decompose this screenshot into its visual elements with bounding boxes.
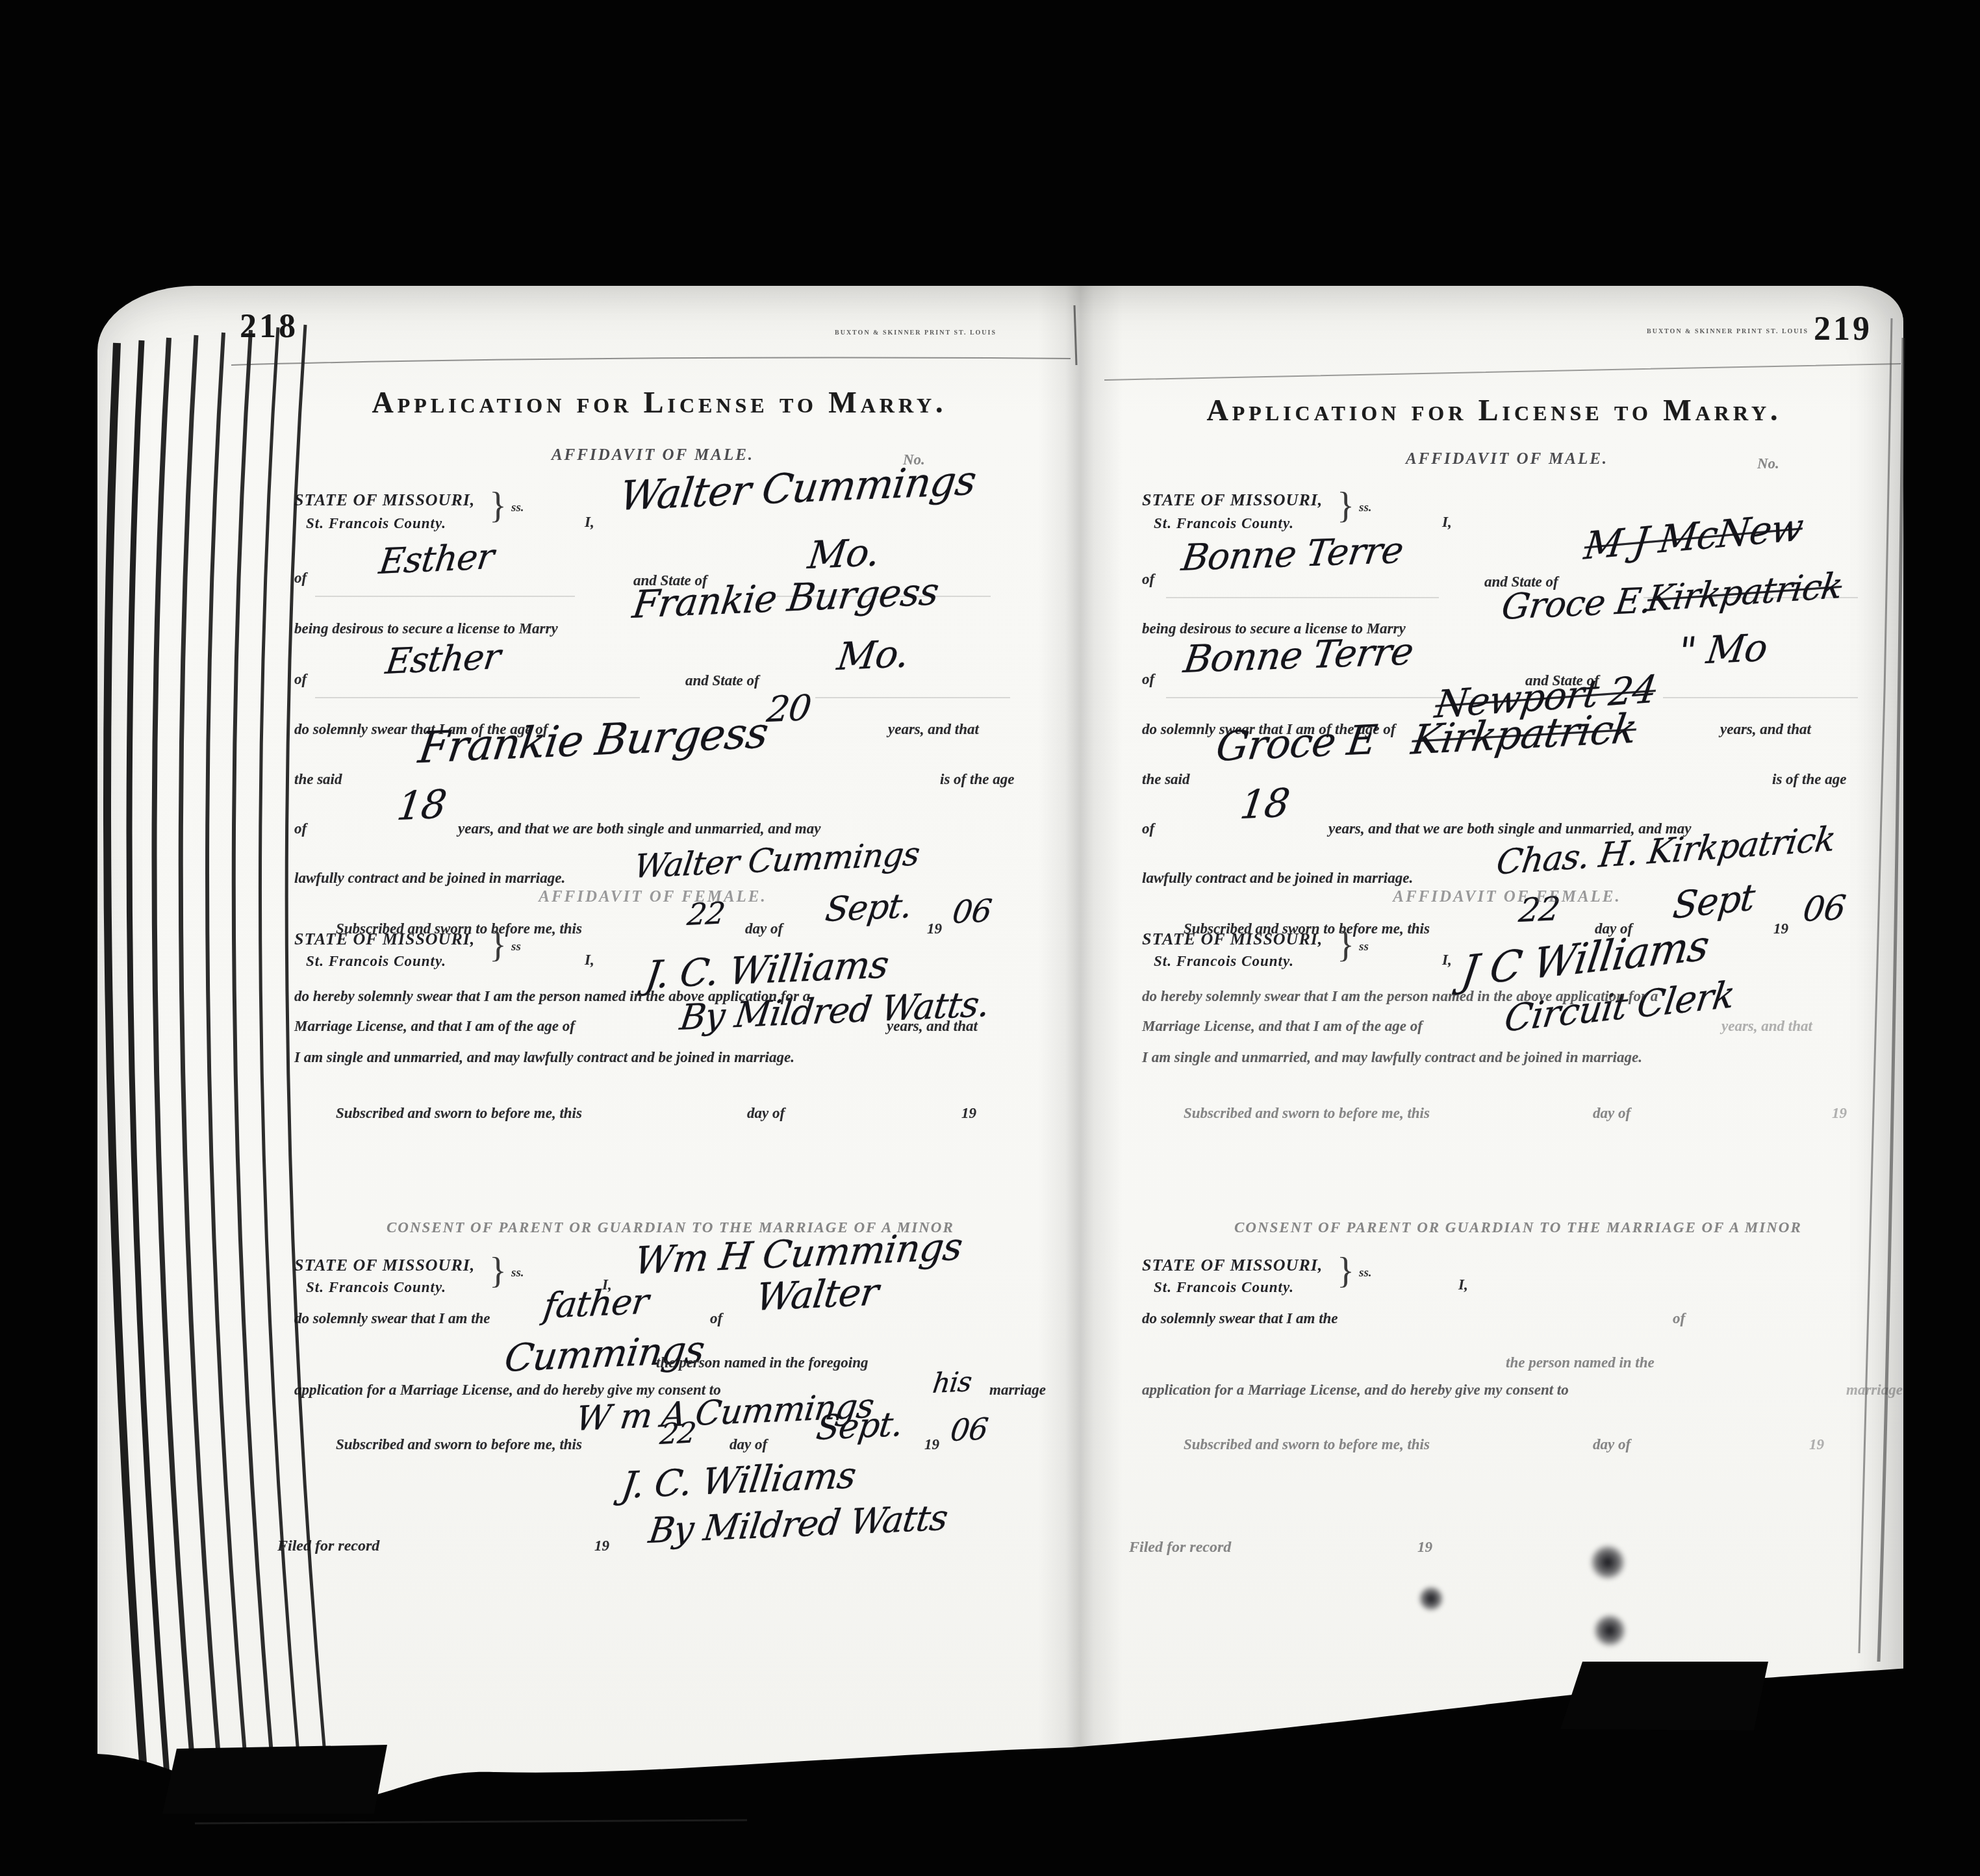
right-page: BUXTON & SKINNER PRINT ST. LOUIS 219 App… [1104, 296, 1910, 1744]
day-of-label: day of [1593, 1436, 1631, 1453]
years-and-that-label: years, and that [887, 1018, 978, 1035]
county-label: St. Francois County. [1154, 953, 1294, 970]
day-of-label: day of [747, 1105, 785, 1122]
county-label: St. Francois County. [1154, 515, 1294, 532]
subscribed-label: Subscribed and sworn to before me, this [1184, 1105, 1430, 1122]
page-title: Application for License to Marry. [1156, 393, 1832, 427]
i-label: I, [585, 514, 594, 531]
groom-residence-handwriting: Bonne Terre [1179, 529, 1406, 579]
said-name-handwriting: Frankie Burgess [416, 707, 771, 773]
state-label: STATE OF MISSOURI, [1142, 490, 1323, 510]
county-label: St. Francois County. [306, 953, 446, 970]
of-label: of [1142, 820, 1154, 837]
ink-blot [1418, 1586, 1444, 1612]
brace-glyph: } [1337, 488, 1354, 524]
state-label: STATE OF MISSOURI, [1142, 1256, 1323, 1275]
year-prefix-label: 19 [924, 1436, 939, 1453]
year-prefix-label: 19 [1832, 1105, 1847, 1122]
marriage-label: marriage [1846, 1382, 1903, 1399]
bride-age-handwriting: 18 [394, 781, 449, 830]
day-of-label: day of [730, 1436, 767, 1453]
said-name-handwriting: Groce E [1213, 716, 1379, 770]
day-handwriting: 22 [658, 1416, 698, 1451]
state-label: STATE OF MISSOURI, [294, 1256, 475, 1275]
years-and-that-label: years, and that [888, 721, 979, 738]
i-label: I, [585, 952, 594, 969]
pronoun-handwriting: his [931, 1365, 973, 1399]
female-swear-label: do hereby solemnly swear that I am the p… [294, 988, 810, 1005]
ink-blot [1593, 1614, 1627, 1647]
person-named-label: the person named in the [1506, 1354, 1655, 1371]
day-of-label: day of [1593, 1105, 1631, 1122]
female-single-label: I am single and unmarried, and may lawfu… [294, 1049, 794, 1066]
left-page: 218 BUXTON & SKINNER PRINT ST. LOUIS App… [231, 296, 1075, 1744]
single-unmarried-label: years, and that we are both single and u… [458, 820, 820, 837]
blank-line [315, 697, 640, 698]
groom-signature-handwriting: Walter Cummings [632, 835, 922, 885]
female-license-label: Marriage License, and that I am of the a… [1142, 1018, 1423, 1035]
year-prefix-label: 19 [1773, 920, 1788, 937]
ss-label: ss. [511, 1266, 524, 1280]
bride-name-struck-handwriting: Kirkpatrick [1645, 564, 1845, 620]
filed-year-label: 19 [1417, 1539, 1432, 1556]
minor-first-name-handwriting: Walter [754, 1269, 881, 1319]
blank-line [815, 697, 1010, 698]
brace-glyph: } [1337, 1253, 1354, 1289]
page-number: 218 [240, 307, 298, 346]
female-swear-label: do hereby solemnly swear that I am the p… [1142, 988, 1658, 1005]
printer-mark: BUXTON & SKINNER PRINT ST. LOUIS [835, 329, 996, 336]
deputy-signature-handwriting: By Mildred Watts [646, 1497, 950, 1551]
brace-glyph: } [1337, 927, 1354, 963]
bride-name-handwriting: Groce E. [1499, 580, 1654, 627]
blank-line [315, 596, 575, 597]
brace-glyph: } [489, 488, 507, 524]
state-label: STATE OF MISSOURI, [1142, 930, 1323, 949]
year-prefix-label: 19 [961, 1105, 976, 1122]
month-handwriting: Sept. [814, 1405, 905, 1448]
consent-swear-label: do solemnly swear that I am the [1142, 1310, 1338, 1327]
county-label: St. Francois County. [306, 515, 446, 532]
scanned-marriage-record-spread: 218 BUXTON & SKINNER PRINT ST. LOUIS App… [0, 0, 1980, 1876]
of-label: of [294, 820, 307, 837]
ss-label: ss [1359, 940, 1369, 954]
bride-residence-handwriting: Bonne Terre [1181, 629, 1416, 681]
female-single-label: I am single and unmarried, and may lawfu… [1142, 1049, 1642, 1066]
and-state-of-label: and State of [685, 672, 759, 689]
day-of-label: day of [745, 920, 783, 937]
groom-state-struck-handwriting: M J McNew [1582, 505, 1805, 568]
subscribed-label: Subscribed and sworn to before me, this [336, 1436, 582, 1453]
i-label: I, [1442, 952, 1452, 969]
year-handwriting: 06 [950, 893, 993, 931]
filed-year-label: 19 [594, 1538, 609, 1554]
the-said-label: the said [1142, 771, 1189, 788]
lawfully-label: lawfully contract and be joined in marri… [294, 870, 565, 887]
page-number: 219 [1814, 310, 1872, 348]
county-label: St. Francois County. [306, 1279, 446, 1296]
year-handwriting: 06 [948, 1411, 990, 1448]
is-of-age-label: is of the age [1772, 771, 1846, 788]
lawfully-label: lawfully contract and be joined in marri… [1142, 870, 1413, 887]
ss-label: ss. [1359, 1266, 1372, 1280]
no-label: No. [1757, 455, 1779, 472]
ss-label: ss [511, 940, 521, 954]
clerk-signature-handwriting: J. C. Williams [619, 1454, 858, 1507]
subscribed-label: Subscribed and sworn to before me, this [336, 1105, 582, 1122]
blank-line [1166, 697, 1478, 698]
groom-name-handwriting: Walter Cummings [617, 457, 978, 520]
of-label: of [1673, 1310, 1685, 1327]
groom-age-handwriting: 20 [765, 687, 813, 730]
blank-line [1663, 697, 1858, 698]
year-prefix-label: 19 [927, 920, 942, 937]
bride-age-handwriting: 18 [1237, 780, 1292, 828]
year-prefix-label: 19 [1809, 1436, 1824, 1453]
county-label: St. Francois County. [1154, 1279, 1294, 1296]
subscribed-label: Subscribed and sworn to before me, this [1184, 1436, 1430, 1453]
bride-residence-handwriting: Esther [383, 636, 503, 682]
relation-handwriting: father [541, 1281, 651, 1326]
filed-for-record-label: Filed for record [1129, 1539, 1231, 1556]
consent-swear-label: do solemnly swear that I am the [294, 1310, 490, 1327]
page-title: Application for License to Marry. [348, 385, 971, 420]
consent-heading: CONSENT OF PARENT OR GUARDIAN TO THE MAR… [1234, 1219, 1780, 1236]
of-label: of [1142, 571, 1154, 588]
state-label: STATE OF MISSOURI, [294, 930, 475, 949]
ink-blot [1590, 1544, 1626, 1580]
bride-state-handwriting: " Mo [1676, 626, 1770, 674]
of-label: of [710, 1310, 722, 1327]
i-label: I, [1442, 514, 1452, 531]
filed-for-record-label: Filed for record [277, 1538, 379, 1555]
of-label: of [294, 671, 307, 688]
desirous-label: being desirous to secure a license to Ma… [294, 620, 558, 637]
female-license-label: Marriage License, and that I am of the a… [294, 1018, 575, 1035]
marriage-label: marriage [989, 1382, 1046, 1399]
blank-line [1166, 597, 1439, 598]
the-said-label: the said [294, 771, 342, 788]
year-handwriting: 06 [1801, 889, 1847, 930]
groom-state-handwriting: Mo. [806, 530, 882, 577]
ss-label: ss. [511, 501, 524, 515]
application-label: application for a Marriage License, and … [1142, 1382, 1569, 1399]
brace-glyph: } [489, 1253, 507, 1289]
male-affidavit-heading: AFFIDAVIT OF MALE. [445, 446, 861, 464]
i-label: I, [1458, 1276, 1468, 1293]
of-label: of [1142, 671, 1154, 688]
printer-mark: BUXTON & SKINNER PRINT ST. LOUIS [1647, 328, 1809, 335]
years-and-that-label: years, and that [1720, 721, 1811, 738]
male-affidavit-heading: AFFIDAVIT OF MALE. [1299, 450, 1715, 468]
ss-label: ss. [1359, 501, 1372, 515]
person-named-label: the person named in the foregoing [656, 1354, 869, 1371]
of-label: of [294, 570, 307, 587]
female-affidavit-heading: AFFIDAVIT OF FEMALE. [445, 888, 861, 906]
groom-residence-handwriting: Esther [377, 536, 496, 582]
bride-state-handwriting: Mo. [835, 631, 911, 679]
years-and-that-label: years, and that [1721, 1018, 1812, 1035]
brace-glyph: } [489, 927, 507, 963]
female-affidavit-heading: AFFIDAVIT OF FEMALE. [1299, 888, 1715, 906]
state-label: STATE OF MISSOURI, [294, 490, 475, 510]
is-of-age-label: is of the age [940, 771, 1014, 788]
